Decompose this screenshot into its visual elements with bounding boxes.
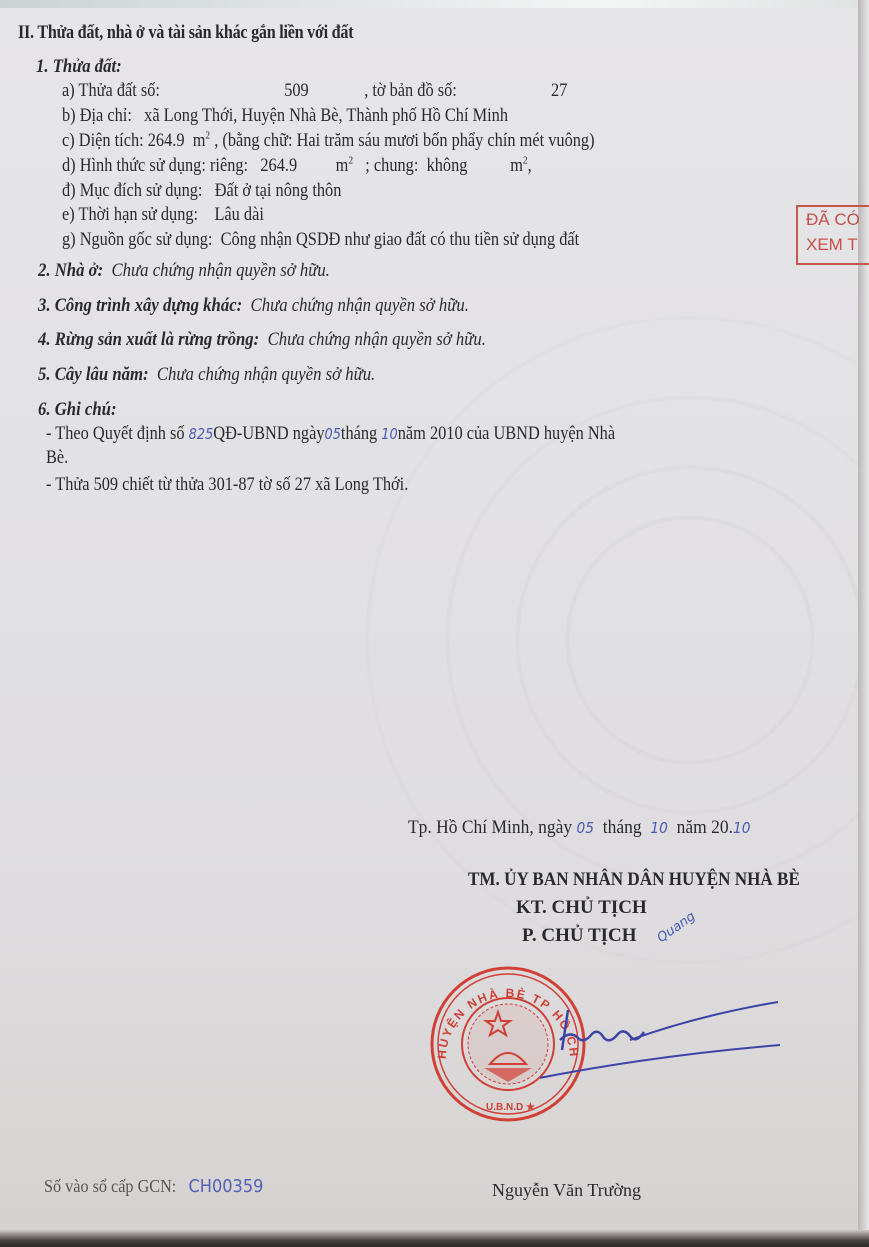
- address-label: b) Địa chỉ:: [62, 105, 132, 126]
- sign-month: 10: [650, 819, 668, 837]
- sign-year: 10: [733, 819, 751, 837]
- area-row: c) Diện tích: 264.9 m2 , (bằng chữ: Hai …: [62, 130, 595, 152]
- decision-month: 10: [381, 425, 397, 443]
- registry-value: CH00359: [188, 1176, 263, 1197]
- year-label: năm 20.: [677, 817, 733, 838]
- usage-term-label: e) Thời hạn sử dụng:: [62, 204, 198, 225]
- svg-text:U.B.N.D ★: U.B.N.D ★: [486, 1102, 535, 1113]
- stamp-line-2: XEM T: [806, 232, 869, 257]
- forest-row: 4. Rừng sản xuất là rừng trồng: Chưa chứ…: [38, 329, 486, 351]
- map-sheet-label: , tờ bản đồ số:: [364, 80, 457, 101]
- map-sheet-number: 27: [551, 80, 567, 101]
- top-glare: [0, 0, 869, 8]
- parcel-label: a) Thửa đất số:: [62, 80, 160, 101]
- stamp-line-1: ĐÃ CÓ: [806, 207, 869, 232]
- notes-mid-2: tháng: [341, 423, 377, 444]
- notes-mid-1: QĐ-UBND ngày: [213, 423, 324, 444]
- org-title: TM. ỦY BAN NHÂN DÂN HUYỆN NHÀ BÈ: [468, 869, 800, 891]
- usage-private-area: 264.9: [260, 155, 297, 176]
- notes-suffix: năm 2010 của UBND huyện Nhà: [398, 423, 615, 444]
- address-row: b) Địa chỉ: xã Long Thới, Huyện Nhà Bè, …: [62, 105, 508, 127]
- house-row: 2. Nhà ở: Chưa chứng nhận quyền sở hữu.: [38, 260, 330, 282]
- notes-prefix: - Theo Quyết định số: [46, 423, 185, 444]
- sign-day: 05: [576, 819, 594, 837]
- perennial-heading: 5. Cây lâu năm:: [38, 364, 149, 385]
- usage-term-value: Lâu dài: [214, 204, 263, 225]
- origin-row: g) Nguồn gốc sử dụng: Công nhận QSDĐ như…: [62, 229, 579, 251]
- usage-form-label: d) Hình thức sử dụng: riêng:: [62, 155, 248, 176]
- usage-purpose-row: đ) Mục đích sử dụng: Đất ở tại nông thôn: [62, 180, 341, 202]
- area-words: , (bằng chữ: Hai trăm sáu mươi bốn phẩy …: [214, 130, 594, 151]
- construction-heading: 3. Công trình xây dựng khác:: [38, 295, 242, 316]
- address-value: xã Long Thới, Huyện Nhà Bè, Thành phố Hồ…: [144, 105, 508, 126]
- parcel-row: a) Thửa đất số: 509 , tờ bản đồ số: 27: [62, 80, 567, 102]
- signer-name: Nguyễn Văn Trường: [492, 1180, 641, 1201]
- notes-heading: 6. Ghi chú:: [38, 399, 117, 421]
- usage-purpose-value: Đất ở tại nông thôn: [215, 180, 342, 201]
- construction-row: 3. Công trình xây dựng khác: Chưa chứng …: [38, 295, 469, 317]
- perennial-value: Chưa chứng nhận quyền sở hữu.: [157, 364, 375, 385]
- construction-value: Chưa chứng nhận quyền sở hữu.: [251, 295, 469, 316]
- registry-row: Số vào sổ cấp GCN: CH00359: [44, 1176, 263, 1197]
- area-unit: m: [193, 130, 206, 151]
- perennial-row: 5. Cây lâu năm: Chưa chứng nhận quyền sở…: [38, 364, 375, 386]
- role-1: KT. CHỦ TỊCH: [516, 897, 647, 919]
- role-2: P. CHỦ TỊCH: [522, 925, 637, 947]
- notes-line-1: - Theo Quyết định số 825QĐ-UBND ngày05th…: [46, 423, 615, 445]
- origin-value: Công nhận QSDĐ như giao đất có thu tiền …: [221, 229, 580, 250]
- place-date: Tp. Hồ Chí Minh, ngày 05 tháng 10 năm 20…: [408, 817, 751, 839]
- usage-common-label: ; chung:: [365, 155, 418, 176]
- usage-common-value: không: [427, 155, 468, 176]
- usage-purpose-label: đ) Mục đích sử dụng:: [62, 180, 202, 201]
- usage-form-row: d) Hình thức sử dụng: riêng: 264.9 m2 ; …: [62, 155, 532, 177]
- registry-label: Số vào sổ cấp GCN:: [44, 1176, 176, 1196]
- usage-term-row: e) Thời hạn sử dụng: Lâu dài: [62, 204, 264, 226]
- land-heading: 1. Thửa đất:: [36, 56, 122, 78]
- notes-line-2: - Thửa 509 chiết từ thửa 301-87 tờ số 27…: [46, 474, 408, 496]
- month-label: tháng: [603, 817, 642, 838]
- section-title: II. Thửa đất, nhà ở và tài sản khác gắn …: [18, 22, 353, 44]
- notes-line-1-cont: Bè.: [46, 447, 68, 469]
- forest-value: Chưa chứng nhận quyền sở hữu.: [268, 329, 486, 350]
- signature-icon: [540, 990, 790, 1090]
- review-stamp: ĐÃ CÓ XEM T: [796, 205, 869, 265]
- origin-label: g) Nguồn gốc sử dụng:: [62, 229, 212, 250]
- page-bottom-shadow: [0, 1230, 869, 1247]
- forest-heading: 4. Rừng sản xuất là rừng trồng:: [38, 329, 259, 350]
- area-label: c) Diện tích:: [62, 130, 144, 151]
- house-value: Chưa chứng nhận quyền sở hữu.: [112, 260, 330, 281]
- house-heading: 2. Nhà ở:: [38, 260, 103, 281]
- decision-number: 825: [189, 425, 214, 443]
- place-date-prefix: Tp. Hồ Chí Minh, ngày: [408, 817, 572, 838]
- parcel-number: 509: [284, 80, 309, 101]
- page-edge: [858, 0, 869, 1247]
- area-value: 264.9: [148, 130, 185, 151]
- decision-day: 05: [324, 425, 340, 443]
